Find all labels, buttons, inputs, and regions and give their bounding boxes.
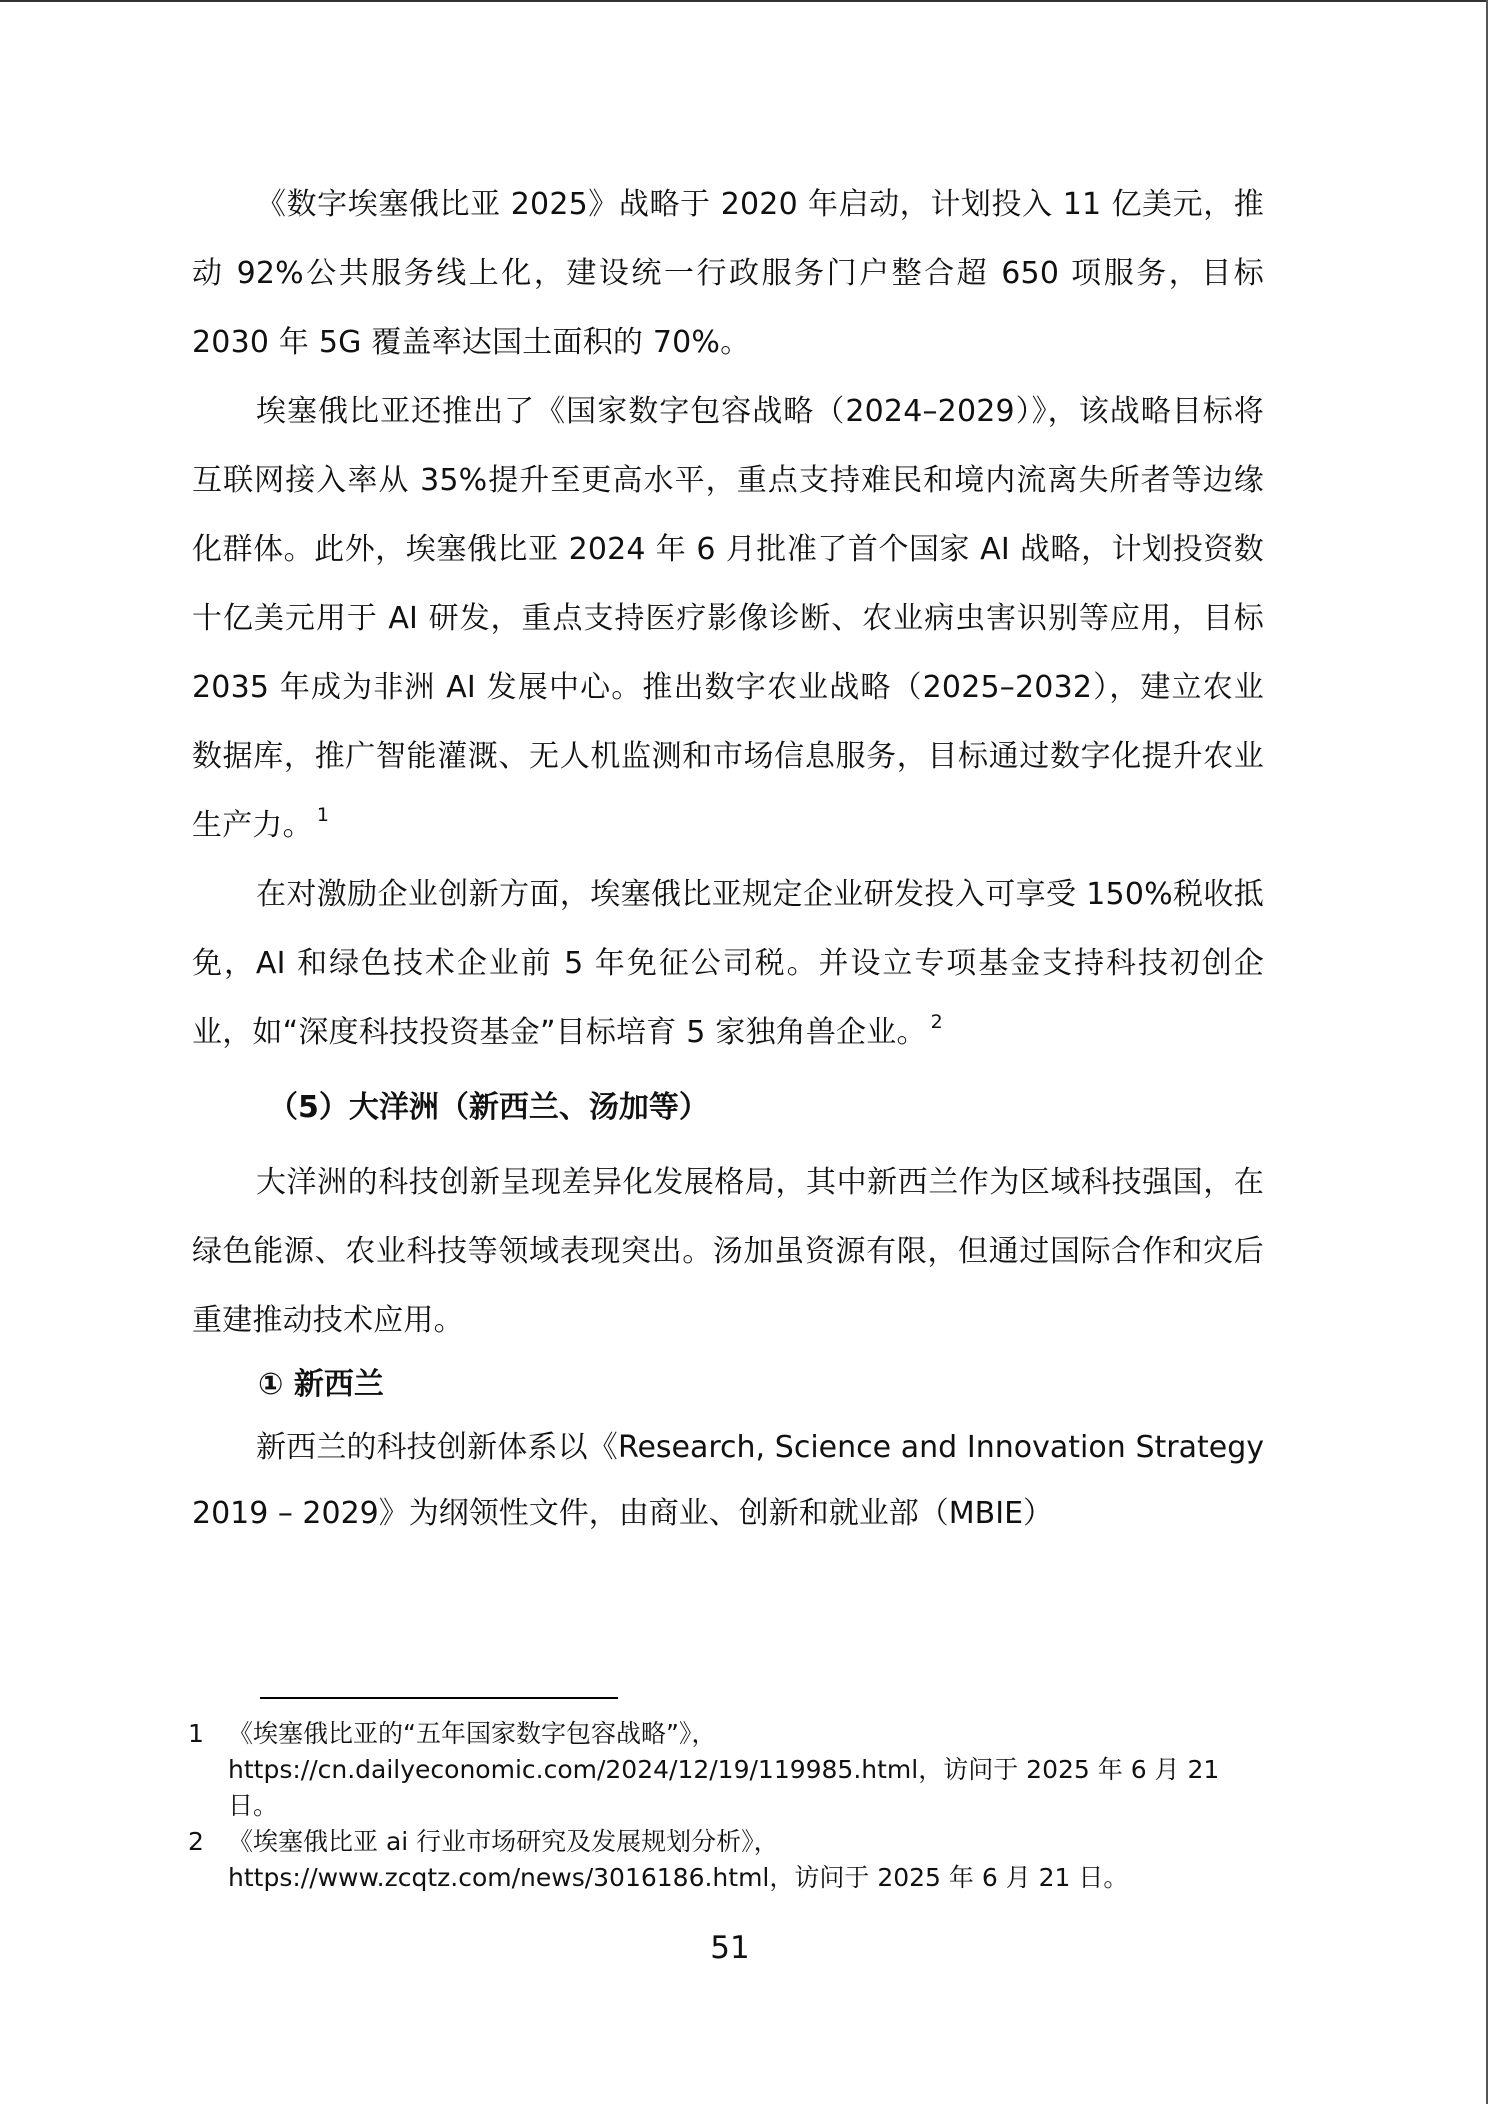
paragraph-text: 埃塞俄比亚还推出了《国家数字包容战略（2024–2029）》，该战略目标将互联网… [192, 394, 1264, 843]
page-number: 51 [0, 1928, 1460, 1968]
footnotes: 1 《埃塞俄比亚的“五年国家数字包容战略”》，https://cn.dailye… [188, 1716, 1228, 1896]
paragraph-innovation-incentives: 在对激励企业创新方面，埃塞俄比亚规定企业研发投入可享受 150%税收抵免，AI … [192, 860, 1264, 1067]
paragraph-text: 新西兰的科技创新体系以《Research, Science and Innova… [192, 1430, 1264, 1531]
page-border-top [0, 0, 1488, 2]
footnote-number: 1 [188, 1716, 228, 1824]
footnote-separator [260, 1697, 618, 1699]
footnote-number: 2 [188, 1824, 228, 1896]
footnote-text[interactable]: 《埃塞俄比亚的“五年国家数字包容战略”》，https://cn.dailyeco… [228, 1716, 1228, 1824]
footnote-1: 1 《埃塞俄比亚的“五年国家数字包容战略”》，https://cn.dailye… [188, 1716, 1228, 1824]
page-body: 《数字埃塞俄比亚 2025》战略于 2020 年启动，计划投入 11 亿美元，推… [192, 170, 1264, 1547]
paragraph-text: 在对激励企业创新方面，埃塞俄比亚规定企业研发投入可享受 150%税收抵免，AI … [192, 877, 1264, 1050]
footnote-2: 2 《埃塞俄比亚 ai 行业市场研究及发展规划分析》，https://www.z… [188, 1824, 1228, 1896]
paragraph-oceania-overview: 大洋洲的科技创新呈现差异化发展格局，其中新西兰作为区域科技强国，在绿色能源、农业… [192, 1148, 1264, 1355]
subsection-heading-new-zealand: ① 新西兰 [192, 1355, 1264, 1415]
footnote-ref-2[interactable]: 2 [931, 1011, 943, 1033]
paragraph-text: 大洋洲的科技创新呈现差异化发展格局，其中新西兰作为区域科技强国，在绿色能源、农业… [192, 1165, 1264, 1338]
section-heading-oceania: （5）大洋洲（新西兰、汤加等） [192, 1073, 1264, 1142]
paragraph-digital-inclusion-strategy: 埃塞俄比亚还推出了《国家数字包容战略（2024–2029）》，该战略目标将互联网… [192, 377, 1264, 860]
footnote-ref-1[interactable]: 1 [317, 804, 329, 826]
paragraph-new-zealand-strategy: 新西兰的科技创新体系以《Research, Science and Innova… [192, 1415, 1264, 1547]
paragraph-text: 《数字埃塞俄比亚 2025》战略于 2020 年启动，计划投入 11 亿美元，推… [192, 187, 1264, 360]
footnote-text[interactable]: 《埃塞俄比亚 ai 行业市场研究及发展规划分析》，https://www.zcq… [228, 1824, 1228, 1896]
paragraph-digital-ethiopia-2025: 《数字埃塞俄比亚 2025》战略于 2020 年启动，计划投入 11 亿美元，推… [192, 170, 1264, 377]
